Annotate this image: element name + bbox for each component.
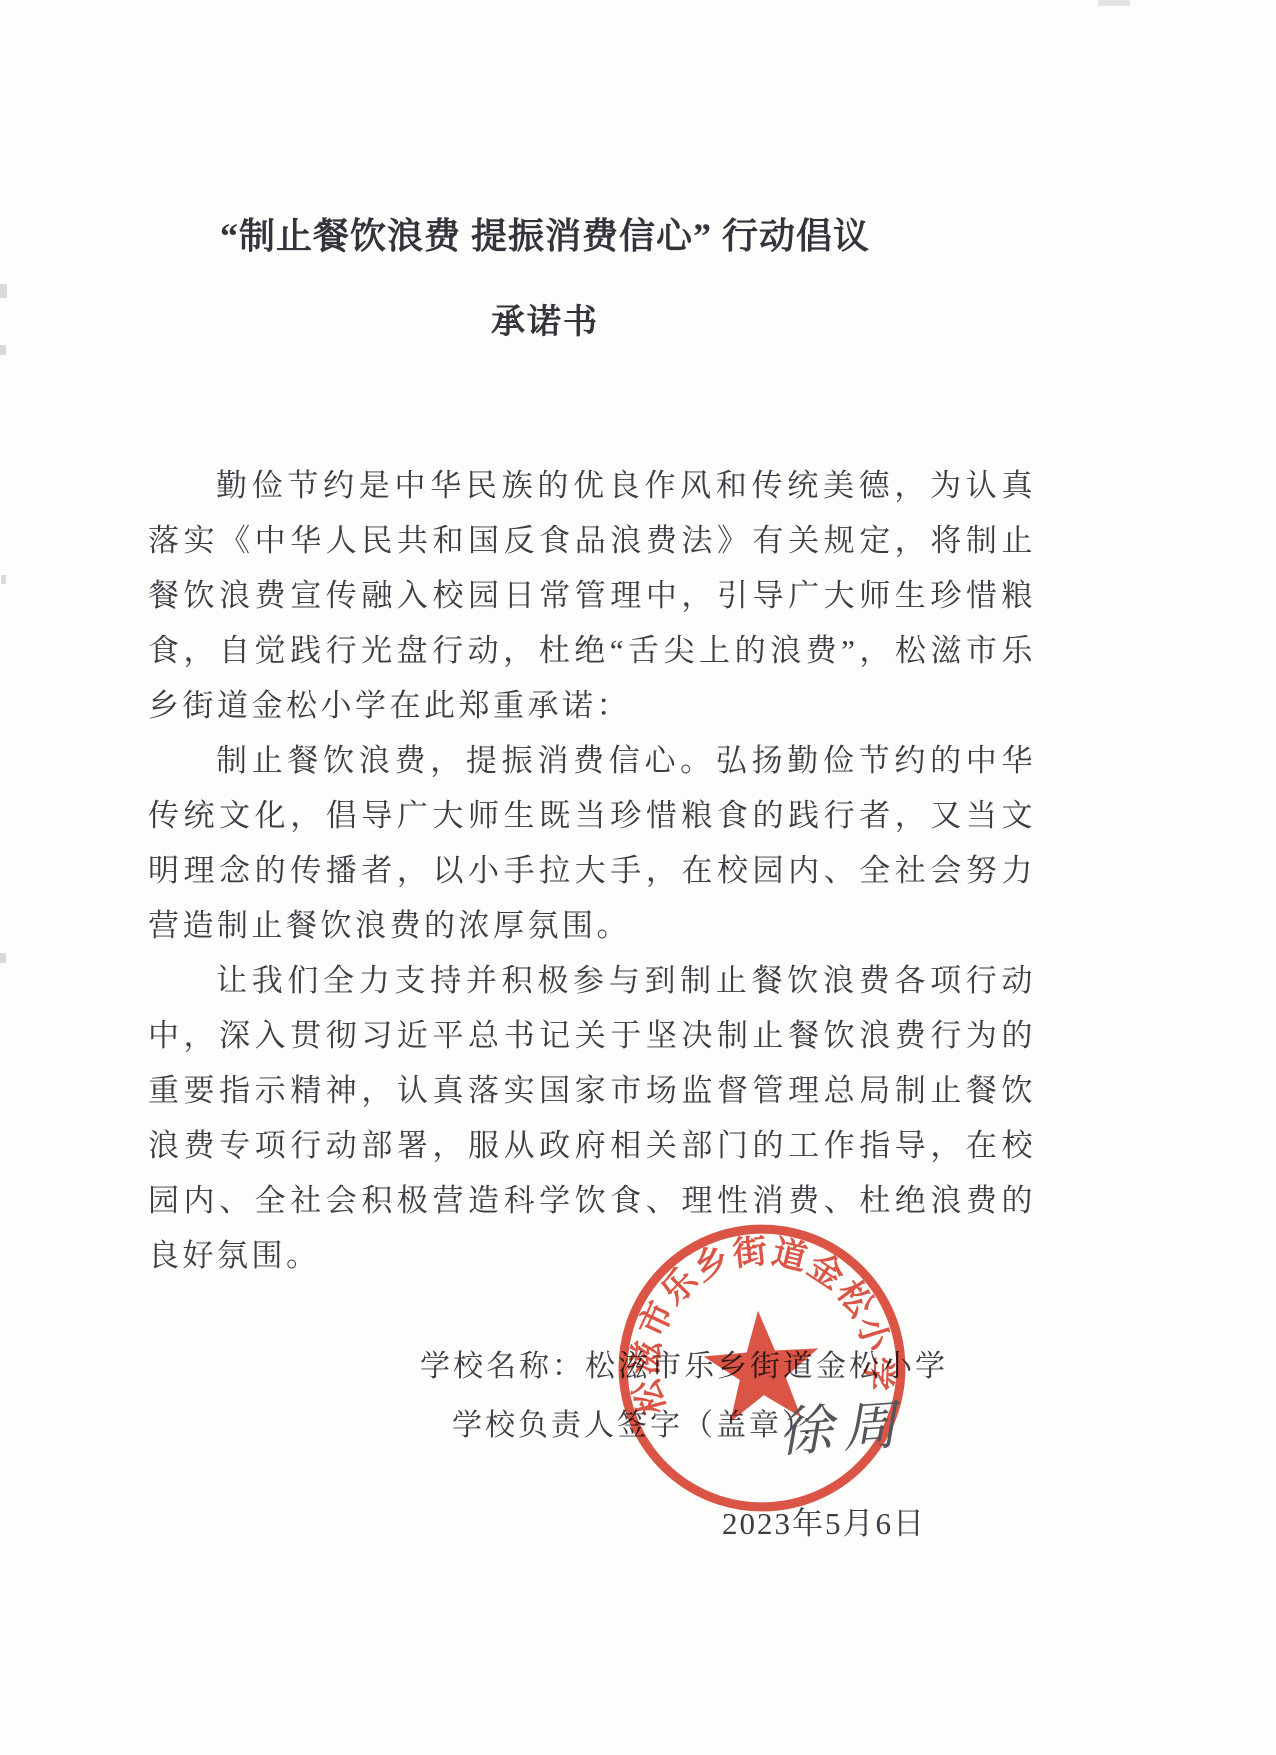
- scan-artifact: [0, 284, 7, 298]
- scan-artifact: [1, 575, 6, 584]
- scan-artifact: [0, 953, 6, 963]
- seal-svg: 松滋市乐乡街道金松小学: [595, 1201, 928, 1534]
- handwritten-signature: 徐周: [775, 1382, 908, 1468]
- scanned-document-page: “制止餐饮浪费 提振消费信心” 行动倡议 承诺书 勤俭节约是中华民族的优良作风和…: [0, 0, 1276, 1755]
- school-name-label: 学校名称：: [420, 1350, 585, 1383]
- scan-artifact: [0, 345, 6, 355]
- official-seal-stamp: 松滋市乐乡街道金松小学: [595, 1201, 928, 1534]
- scan-artifact: [1098, 0, 1130, 6]
